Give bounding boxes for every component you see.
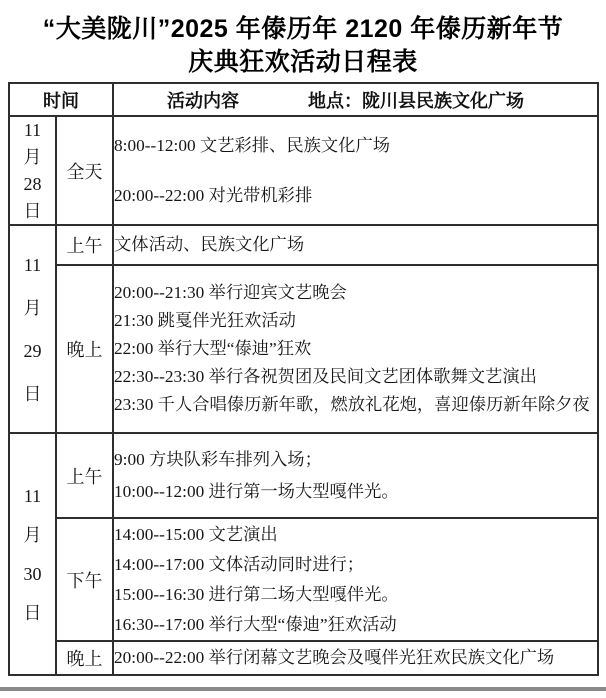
row-nov30-afternoon: 下午 14:00--15:00 文艺演出 14:00--17:00 文体活动同时… <box>9 518 598 641</box>
row-nov29-morning: 11 月 29 日 上午 文体活动、民族文化广场 <box>9 225 598 265</box>
document-title: “大美陇川”2025 年傣历年 2120 年傣历新年节 庆典狂欢活动日程表 <box>0 0 606 79</box>
activity-line: 15:00--16:30 进行第二场大型嘎伴光。 <box>114 580 597 610</box>
row-nov28-allday: 11 月 28 日 全天 8:00--12:00 文艺彩排、民族文化广场 20:… <box>9 116 598 225</box>
date-cell-nov28: 11 月 28 日 <box>9 116 56 225</box>
header-time-column: 时间 <box>9 83 113 116</box>
document-page: “大美陇川”2025 年傣历年 2120 年傣历新年节 庆典狂欢活动日程表 时间… <box>0 0 606 698</box>
activities-cell: 8:00--12:00 文艺彩排、民族文化广场 20:00--22:00 对光带… <box>113 116 598 225</box>
period-cell: 全天 <box>56 116 113 225</box>
date-part: 月 <box>10 295 55 321</box>
date-part: 月 <box>10 144 55 170</box>
page-edge-bar <box>0 687 606 691</box>
activity-line: 16:30--17:00 举行大型“傣迪”狂欢活动 <box>114 610 597 640</box>
activity-line: 8:00--12:00 文艺彩排、民族文化广场 <box>114 134 597 158</box>
date-part: 11 <box>10 252 55 278</box>
activity-line: 14:00--17:00 文体活动同时进行； <box>114 550 597 580</box>
row-nov30-morning: 11 月 30 日 上午 9:00 方块队彩车排列入场； 10:00--12:0… <box>9 433 598 518</box>
date-part: 29 <box>10 338 55 364</box>
activities-cell: 20:00--21:30 举行迎宾文艺晚会 21:30 跳戛伴光狂欢活动 22:… <box>113 265 598 433</box>
period-cell: 下午 <box>56 518 113 641</box>
title-line-2: 庆典狂欢活动日程表 <box>0 46 606 79</box>
date-cell-nov30: 11 月 30 日 <box>9 433 56 675</box>
activity-line: 23:30 千人合唱傣历新年歌，燃放礼花炮，喜迎傣历新年除夕夜 <box>114 391 597 419</box>
date-part: 日 <box>10 381 55 407</box>
activity-line: 22:00 举行大型“傣迪”狂欢 <box>114 335 597 363</box>
activity-line: 14:00--15:00 文艺演出 <box>114 520 597 550</box>
activities-cell: 14:00--15:00 文艺演出 14:00--17:00 文体活动同时进行；… <box>113 518 598 641</box>
title-line-1: “大美陇川”2025 年傣历年 2120 年傣历新年节 <box>0 13 606 46</box>
date-part: 日 <box>10 198 55 224</box>
date-part: 日 <box>10 600 55 626</box>
period-cell: 晚上 <box>56 641 113 675</box>
header-content-label: 活动内容 <box>167 91 239 111</box>
period-cell: 上午 <box>56 225 113 265</box>
header-location-label: 地点：陇川县民族文化广场 <box>308 91 524 111</box>
activity-line: 9:00 方块队彩车排列入场； <box>114 448 597 472</box>
row-nov30-evening: 晚上 20:00--22:00 举行闭幕文艺晚会及嘎伴光狂欢民族文化广场 <box>9 641 598 675</box>
activity-line: 20:00--22:00 举行闭幕文艺晚会及嘎伴光狂欢民族文化广场 <box>114 646 597 670</box>
activity-line: 21:30 跳戛伴光狂欢活动 <box>114 307 597 335</box>
date-part: 11 <box>10 483 55 509</box>
period-cell: 上午 <box>56 433 113 518</box>
activities-cell: 20:00--22:00 举行闭幕文艺晚会及嘎伴光狂欢民族文化广场 <box>113 641 598 675</box>
date-part: 11 <box>10 117 55 143</box>
header-content-column: 活动内容 地点：陇川县民族文化广场 <box>113 83 598 116</box>
activity-line: 20:00--22:00 对光带机彩排 <box>114 184 597 208</box>
activities-cell: 文体活动、民族文化广场 <box>113 225 598 265</box>
period-cell: 晚上 <box>56 265 113 433</box>
activity-line: 22:30--23:30 举行各祝贺团及民间文艺团体歌舞文艺演出 <box>114 363 597 391</box>
activity-line: 10:00--12:00 进行第一场大型嘎伴光。 <box>114 480 597 504</box>
activities-cell: 9:00 方块队彩车排列入场； 10:00--12:00 进行第一场大型嘎伴光。 <box>113 433 598 518</box>
activity-line: 20:00--21:30 举行迎宾文艺晚会 <box>114 279 597 307</box>
header-row: 时间 活动内容 地点：陇川县民族文化广场 <box>9 83 598 116</box>
date-part: 28 <box>10 171 55 197</box>
schedule-table: 时间 活动内容 地点：陇川县民族文化广场 11 月 28 日 全天 8:00--… <box>8 82 599 676</box>
date-part: 月 <box>10 522 55 548</box>
date-cell-nov29: 11 月 29 日 <box>9 225 56 433</box>
activity-line: 文体活动、民族文化广场 <box>114 233 597 257</box>
date-part: 30 <box>10 561 55 587</box>
row-nov29-evening: 晚上 20:00--21:30 举行迎宾文艺晚会 21:30 跳戛伴光狂欢活动 … <box>9 265 598 433</box>
